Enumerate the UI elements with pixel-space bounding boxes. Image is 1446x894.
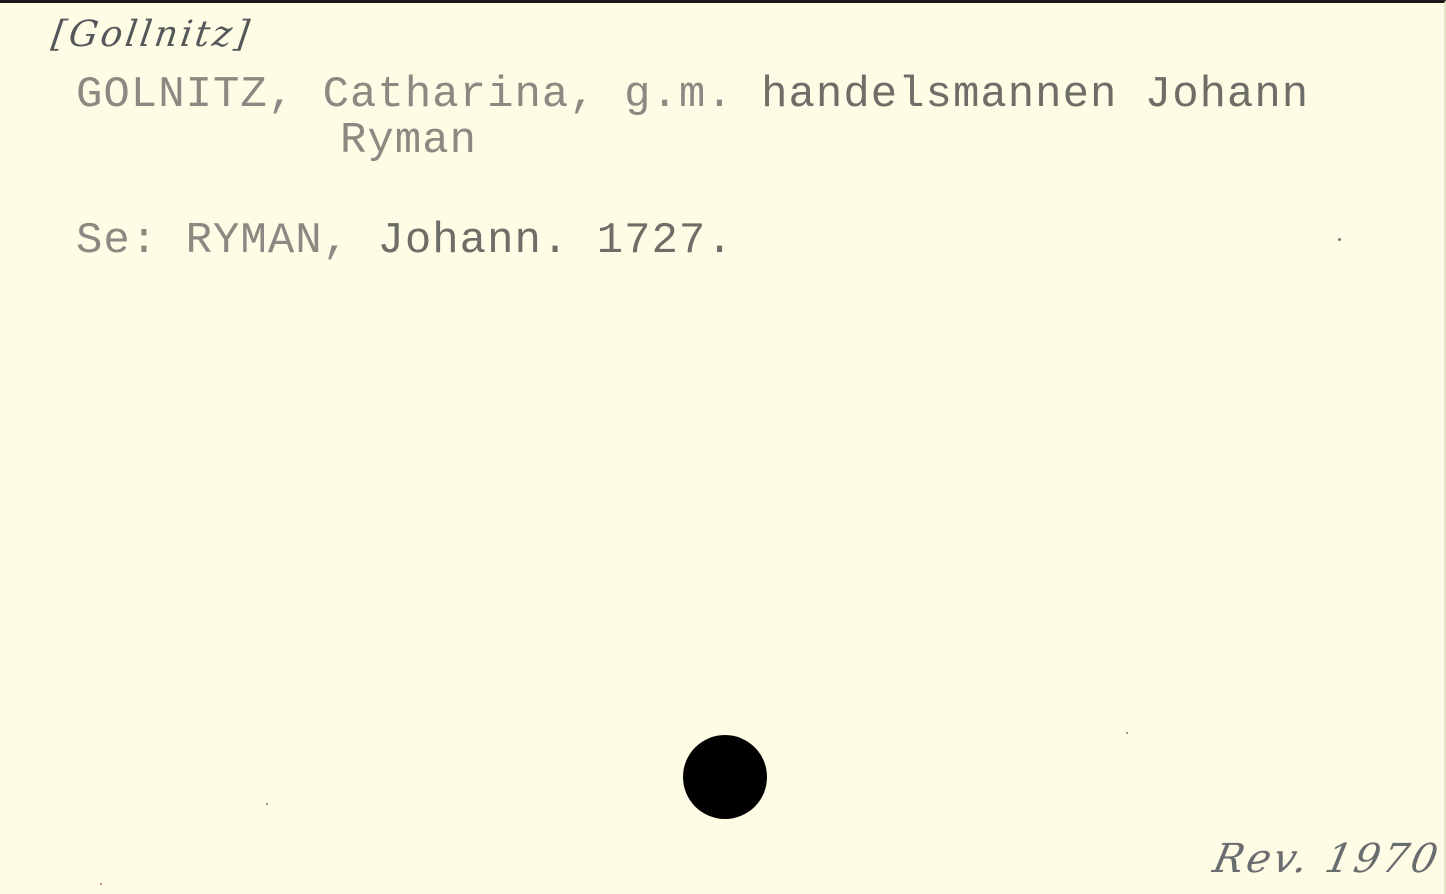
reference-surname: RYMAN, [186, 216, 350, 266]
handwritten-revision-note: Rev. 1970 [1210, 839, 1444, 879]
paper-speck [266, 803, 268, 805]
reference-year: 1727. [597, 216, 734, 266]
reference-label: Se: [76, 216, 158, 266]
paper-speck [1126, 732, 1128, 734]
punch-hole [683, 735, 767, 819]
reference-given-name: Johann. [377, 216, 569, 266]
paper-speck [1338, 238, 1341, 241]
archival-card: [Gollnitz] GOLNITZ, Catharina, g.m. hand… [0, 0, 1446, 894]
entry-line-1: GOLNITZ, Catharina, g.m. handelsmannen J… [76, 73, 1309, 117]
entry-surname: GOLNITZ, [76, 70, 295, 120]
entry-given-name: Catharina, [323, 70, 597, 120]
entry-relation: g.m. [624, 70, 734, 120]
entry-description: handelsmannen Johann [761, 70, 1309, 120]
paper-speck [100, 883, 102, 885]
entry-line-2: Ryman [340, 119, 477, 163]
reference-line: Se: RYMAN, Johann. 1727. [76, 219, 734, 263]
handwritten-header-note: [Gollnitz] [49, 17, 254, 53]
